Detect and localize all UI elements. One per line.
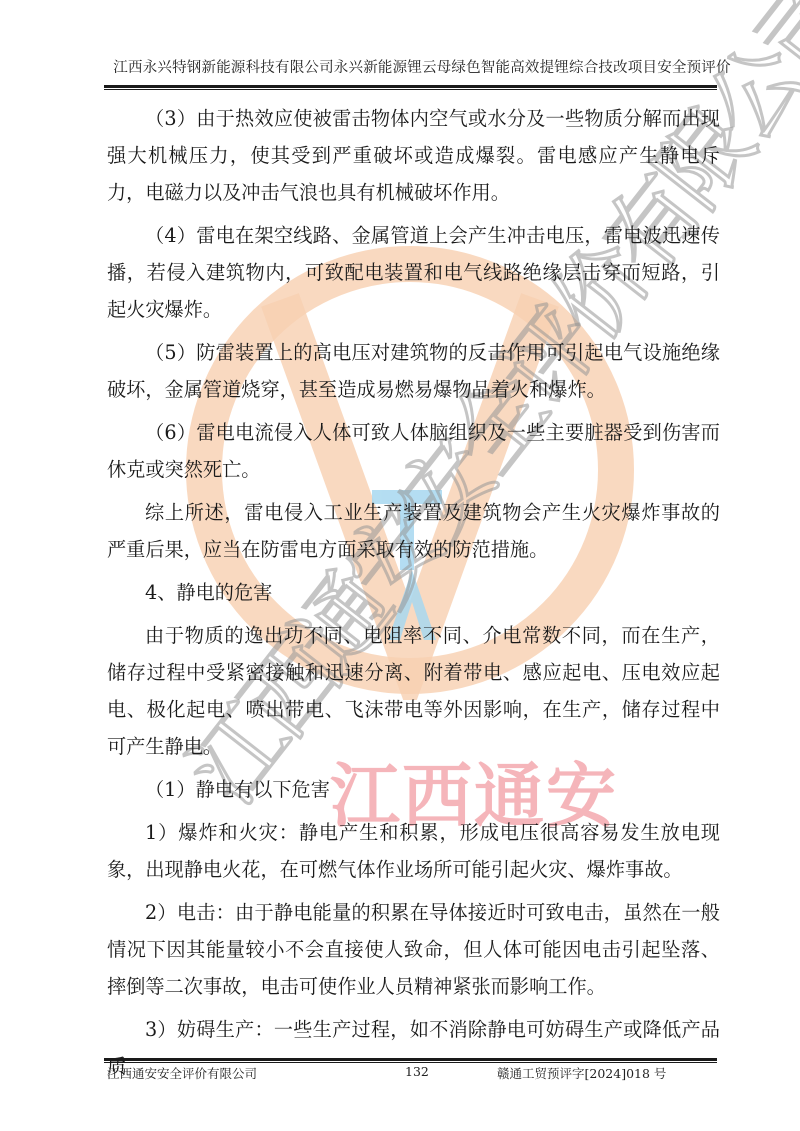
paragraph: （5）防雷装置上的高电压对建筑物的反击作用可引起电气设施绝缘破坏，金属管道烧穿，… xyxy=(107,334,720,408)
section-heading: 4、静电的危害 xyxy=(107,574,720,611)
paragraph: 综上所述，雷电侵入工业生产装置及建筑物会产生火灾爆炸事故的严重后果，应当在防雷电… xyxy=(107,494,720,568)
document-body: （3）由于热效应使被雷击物体内空气或水分及一些物质分解而出现强大机械压力，使其受… xyxy=(107,100,720,1091)
subsection-heading: （1）静电有以下危害 xyxy=(107,771,720,808)
paragraph: 2）电击：由于静电能量的积累在导体接近时可致电击，虽然在一般情况下因其能量较小不… xyxy=(107,894,720,1005)
paragraph: （4）雷电在架空线路、金属管道上会产生冲击电压，雷电波迅速传播，若侵入建筑物内，… xyxy=(107,217,720,328)
header-divider xyxy=(104,85,717,90)
page-header-title: 江西永兴特钢新能源科技有限公司永兴新能源锂云母绿色智能高效提锂综合技改项目安全预… xyxy=(104,56,740,77)
paragraph: （6）雷电电流侵入人体可致人体脑组织及一些主要脏器受到伤害而休克或突然死亡。 xyxy=(107,414,720,488)
paragraph: （3）由于热效应使被雷击物体内空气或水分及一些物质分解而出现强大机械压力，使其受… xyxy=(107,100,720,211)
paragraph: 1）爆炸和火灾：静电产生和积累，形成电压很高容易发生放电现象，出现静电火花，在可… xyxy=(107,814,720,888)
paragraph: 由于物质的逸出功不同、电阻率不同、介电常数不同，而在生产，储存过程中受紧密接触和… xyxy=(107,617,720,765)
paragraph: 3）妨碍生产：一些生产过程，如不消除静电可妨碍生产或降低产品质 xyxy=(107,1011,720,1085)
